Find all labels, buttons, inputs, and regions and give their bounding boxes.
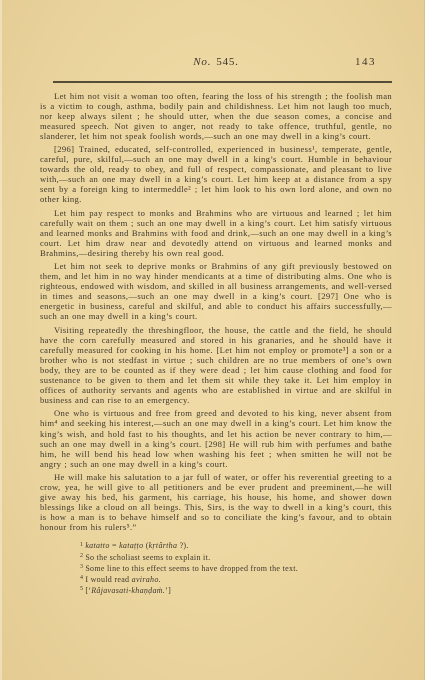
footnote-1-text: = <box>110 541 119 550</box>
footnote-5-term: Râjavasati-khaṇḍaṁ. <box>91 586 165 595</box>
footnote-3-marker: 3 <box>80 564 83 570</box>
footnotes-section: 1katatto = kataṭṭo (kṛtârtha ?). 2So the… <box>80 541 392 596</box>
page-body: Let him not visit a woman too often, fea… <box>40 91 392 533</box>
page-header: No.545. 143 <box>40 56 392 69</box>
footnote-3-text: Some line to this effect seems to have d… <box>85 564 298 573</box>
story-number-label: No. <box>193 56 211 68</box>
footnote-4-marker: 4 <box>80 575 83 581</box>
footnote-2-text: So the scholiast seems to explain it. <box>85 553 210 562</box>
footnote-1-term: katatto <box>85 541 109 550</box>
footnote-1-term-3: kṛtârtha <box>149 541 178 550</box>
footnote-4: 4I would read aviraho. <box>80 575 392 586</box>
page-number: 143 <box>355 56 376 68</box>
footnote-5-marker: 5 <box>80 586 83 592</box>
paragraph-5: Visiting repeatedly the threshingfloor, … <box>40 325 392 406</box>
story-number: No.545. <box>193 56 238 68</box>
footnote-4-term: aviraho. <box>132 575 161 584</box>
footnote-5: 5[‘Râjavasati-khaṇḍaṁ.’] <box>80 586 392 597</box>
footnote-1-text-3: ?). <box>177 541 188 550</box>
page-content: No.545. 143 Let him not visit a woman to… <box>0 0 425 597</box>
paragraph-6: One who is virtuous and free from greed … <box>40 408 392 469</box>
paragraph-7: He will make his salutation to a jar ful… <box>40 472 392 533</box>
paragraph-3: Let him pay respect to monks and Brahmin… <box>40 208 392 258</box>
footnote-4-text: I would read <box>85 575 131 584</box>
paragraph-2: [296] Trained, educated, self-controlled… <box>40 144 392 205</box>
story-number-value: 545. <box>216 56 238 68</box>
footnote-5-text-2: ’] <box>165 586 171 595</box>
paragraph-4: Let him not seek to deprive monks or Bra… <box>40 261 392 322</box>
footnote-1-term-2: kataṭṭo <box>119 541 143 550</box>
footnote-1: 1katatto = kataṭṭo (kṛtârtha ?). <box>80 541 392 552</box>
header-rule <box>53 81 392 83</box>
footnote-3: 3Some line to this effect seems to have … <box>80 564 392 575</box>
footnote-2-marker: 2 <box>80 553 83 559</box>
paragraph-1: Let him not visit a woman too often, fea… <box>40 91 392 141</box>
footnote-1-marker: 1 <box>80 542 83 548</box>
scanned-book-page: No.545. 143 Let him not visit a woman to… <box>0 0 425 680</box>
footnote-2: 2So the scholiast seems to explain it. <box>80 553 392 564</box>
